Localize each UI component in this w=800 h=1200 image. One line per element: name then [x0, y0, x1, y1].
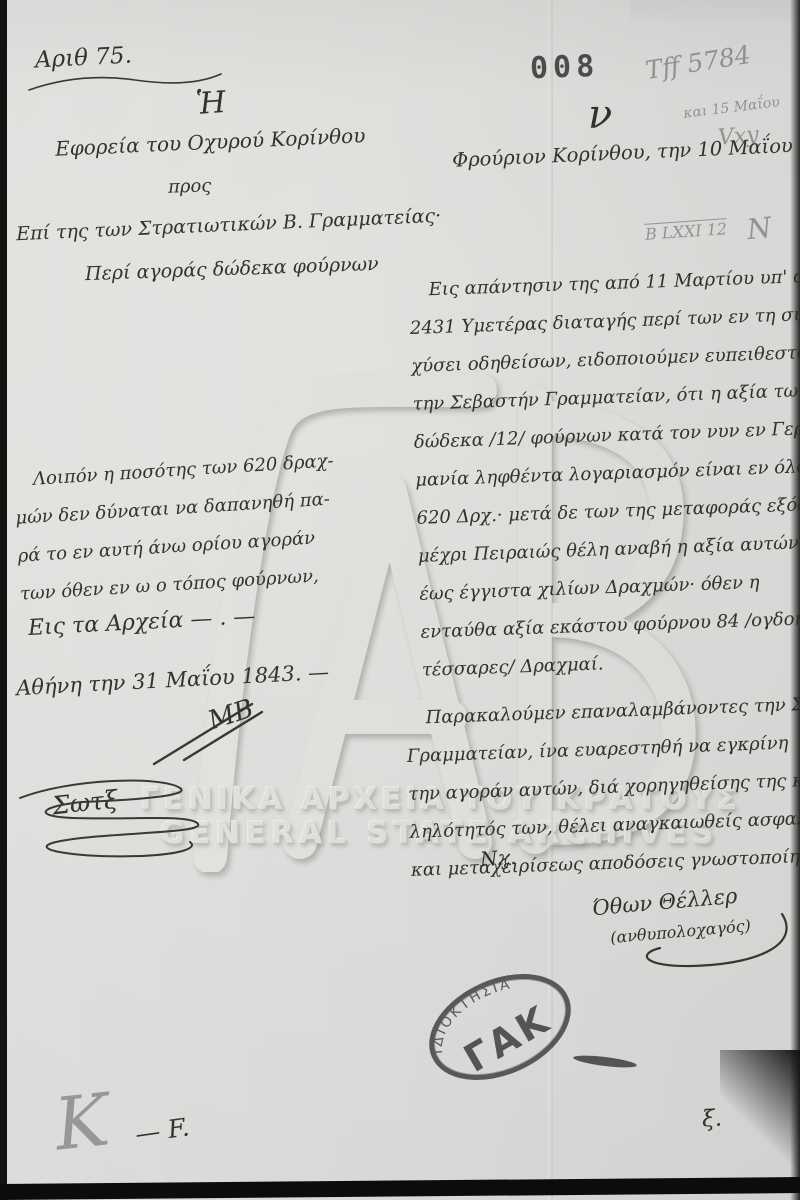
check-flourish: ν	[588, 92, 612, 138]
bottom-left-pencil-initial: Κ	[51, 1077, 113, 1166]
left-signature-swirl	[12, 772, 207, 867]
paper-tear-shadow	[573, 1053, 638, 1070]
sender-line: Εφορεία του Οχυρού Κορίνθου	[55, 123, 366, 161]
recipient-line: Επί της των Στρατιωτικών Β. Γραμματείας·	[16, 205, 442, 246]
to-word: προς	[168, 175, 212, 197]
stamp-center-text: ΓΑΚ	[456, 997, 558, 1081]
document-page: ΓΕΝΙΚΑ ΑΡΧΕΙΑ ΤΟΥ ΚΡΑΤΟΥΣ GENERAL STATE …	[0, 0, 800, 1200]
body-paragraph-2: Παρακαλούμεν επαναλαμβάνοντες την Σεβαστ…	[405, 686, 800, 890]
marginal-note: Λοιπόν η ποσότης των 620 δραχ- μών δεν δ…	[12, 438, 413, 614]
scan-edge-right	[790, 0, 800, 1200]
closing-mark: Νϗ.	[479, 845, 517, 871]
top-right-shadow-band	[630, 0, 800, 28]
pencil-annotation-2: και 15 Μαΐου	[682, 94, 780, 122]
header-mark: Ἡ	[195, 85, 227, 122]
page-number-stamp: 008	[529, 49, 599, 86]
scan-edge-bottom	[0, 1177, 800, 1200]
bottom-left-ink-mark: — F.	[133, 1112, 191, 1148]
body-paragraph-1: Εις απάντησιν της από 11 Μαρτίου υπ' αρι…	[408, 258, 800, 689]
archive-reference-code: Β LXXI 12	[644, 219, 727, 244]
pencil-annotation-1: Τff 5784	[643, 40, 752, 85]
scan-edge-left	[0, 0, 7, 1200]
gak-property-stamp: ΙΔΙΟΚΤΗΣΙΑ ΓΑΚ	[405, 944, 596, 1110]
signature-flourish	[596, 908, 796, 972]
subject-line: Περί αγοράς δώδεκα φούρνων	[85, 253, 379, 285]
archive-reference-flourish: Ν	[745, 211, 773, 246]
dateline: Φρούριον Κορίνθου, την 10 Μαΐου 1843.	[452, 131, 800, 172]
